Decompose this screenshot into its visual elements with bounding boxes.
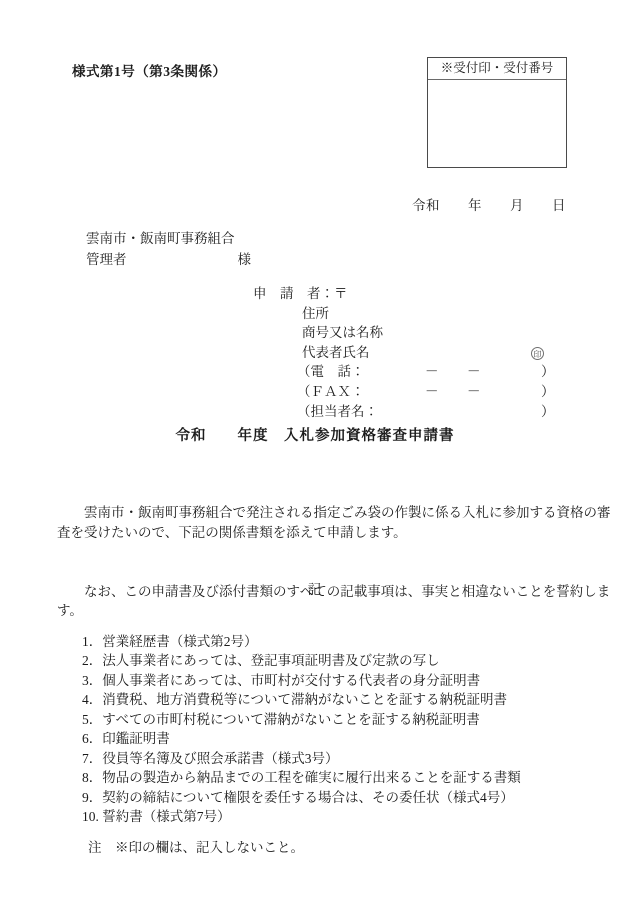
contact-person-line: （担当者名： ）: [253, 402, 555, 422]
application-form-page: 様式第1号（第3条関係） ※受付印・受付番号 令和 年 月 日 雲南市・飯南町事…: [0, 0, 630, 903]
applicant-company-label: 商号又は名称: [253, 323, 555, 343]
list-item-2: 2．法人事業者にあっては、登記事項証明書及び定款の写し: [82, 651, 521, 670]
required-documents-list: 1．営業経歴書（様式第2号） 2．法人事業者にあっては、登記事項証明書及び定款の…: [82, 632, 521, 826]
fax-dash-1: －: [425, 382, 439, 402]
list-item-10: 10. 誓約書（様式第7号）: [82, 807, 521, 826]
fax-close-paren: ）: [541, 382, 555, 402]
ki-heading: 記: [0, 578, 630, 598]
footer-note: 注 ※印の欄は、記入しないこと。: [88, 836, 304, 856]
fax-line: （ＦＡＸ： － － ）: [253, 382, 555, 402]
applicant-address-label: 住所: [253, 304, 555, 324]
list-item-1: 1．営業経歴書（様式第2号）: [82, 632, 521, 651]
list-item-8: 8．物品の製造から納品までの工程を確実に履行出来ることを証する書類: [82, 768, 521, 787]
list-item-3: 3．個人事業者にあっては、市町村が交付する代表者の身分証明書: [82, 671, 521, 690]
addressee-role: 管理者: [86, 252, 127, 267]
list-item-6: 6．印鑑証明書: [82, 729, 521, 748]
addressee-honorific: 様: [238, 252, 252, 267]
contact-person-label: （担当者名：: [297, 402, 378, 422]
receipt-box-header: ※受付印・受付番号: [428, 58, 566, 80]
addressee-organization: 雲南市・飯南町事務組合: [86, 228, 251, 249]
date-line: 令和 年 月 日: [412, 194, 566, 214]
fax-label: （ＦＡＸ：: [297, 382, 365, 402]
applicant-header-line: 申 請 者：〒: [253, 284, 555, 304]
receipt-stamp-box: ※受付印・受付番号: [427, 57, 567, 168]
list-item-5: 5．すべての市町村税について滞納がないことを証する納税証明書: [82, 710, 521, 729]
receipt-box-empty-area: [428, 80, 566, 168]
seal-mark-icon: 印: [531, 347, 544, 360]
addressee-role-line: 管理者様: [86, 249, 251, 270]
contact-close-paren: ）: [541, 402, 555, 422]
addressee-block: 雲南市・飯南町事務組合 管理者様: [86, 228, 251, 270]
applicant-representative-line: 代表者氏名 印: [253, 343, 555, 363]
tel-dash-1: －: [425, 362, 439, 382]
document-title: 令和 年度 入札参加資格審査申請書: [0, 424, 630, 445]
tel-dash-2: －: [467, 362, 481, 382]
list-item-4: 4．消費税、地方消費税等について滞納がないことを証する納税証明書: [82, 690, 521, 709]
form-number: 様式第1号（第3条関係）: [72, 60, 227, 80]
representative-label: 代表者氏名: [302, 345, 370, 360]
tel-label: （電 話：: [297, 362, 365, 382]
paragraph-application: 雲南市・飯南町事務組合で発注される指定ごみ袋の作製に係る入札に参加する資格の審 …: [57, 503, 623, 542]
list-item-7: 7．役員等名簿及び照会承諾書（様式3号）: [82, 749, 521, 768]
applicant-block: 申 請 者：〒 住所 商号又は名称 代表者氏名 印 （電 話： － － ） （Ｆ…: [253, 284, 555, 421]
fax-dash-2: －: [467, 382, 481, 402]
tel-line: （電 話： － － ）: [253, 362, 555, 382]
body-paragraphs: 雲南市・飯南町事務組合で発注される指定ごみ袋の作製に係る入札に参加する資格の審 …: [57, 464, 623, 660]
tel-close-paren: ）: [541, 362, 555, 382]
list-item-9: 9．契約の締結について権限を委任する場合は、その委任状（様式4号）: [82, 788, 521, 807]
